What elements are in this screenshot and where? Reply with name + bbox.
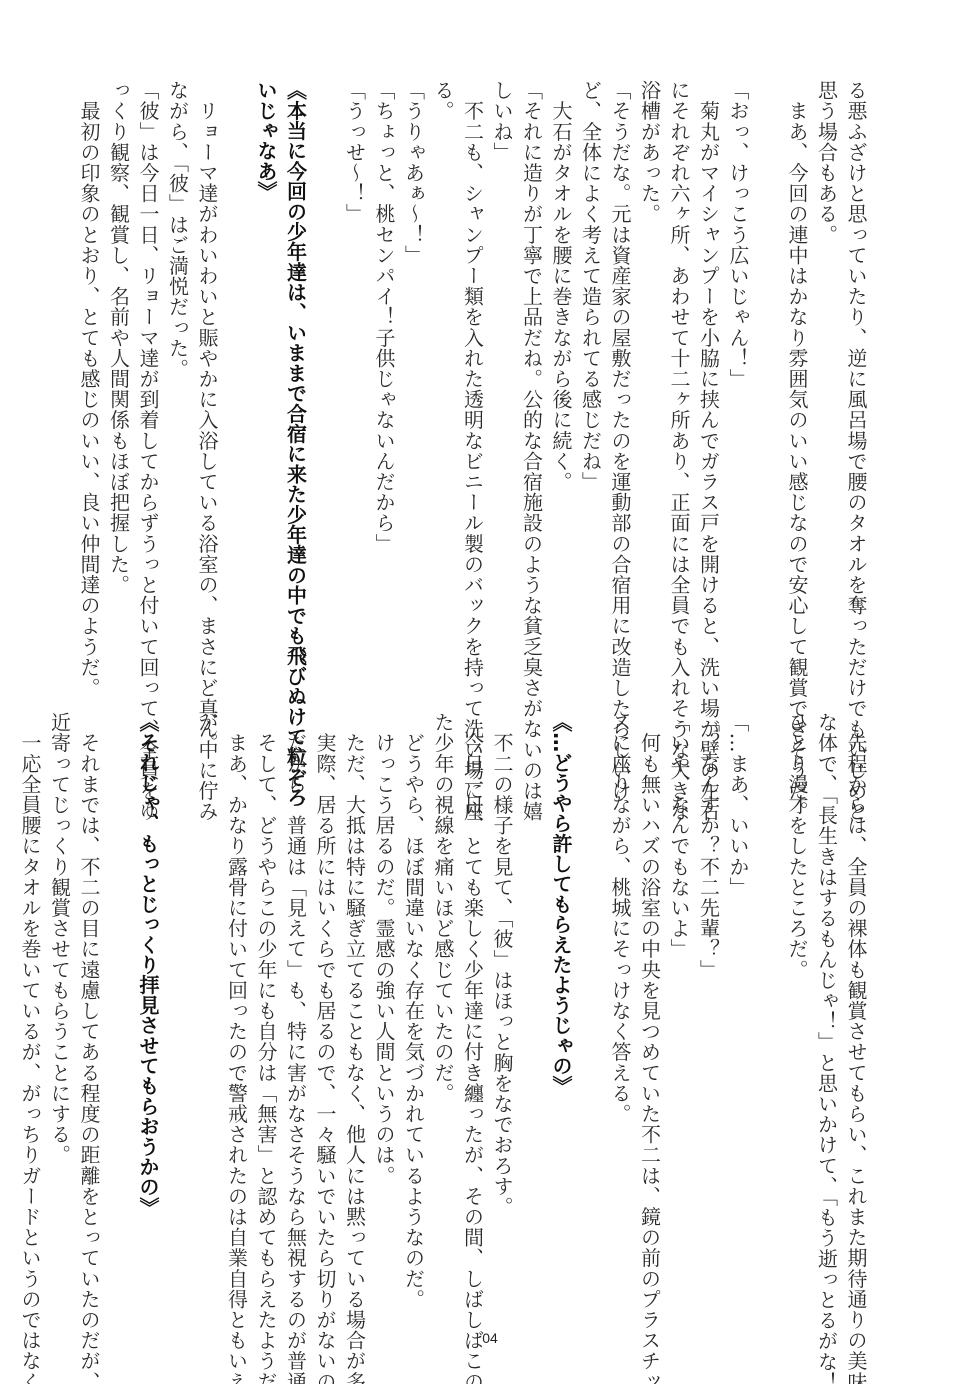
text-line: だから、普通は「見えて」も、特に害がなさそうなら無視するのが普通だ。 xyxy=(280,712,310,1272)
text-line: 大石がタオルを腰に巻きながら後に続く。 xyxy=(546,80,576,640)
text-line: ただ、大抵は特に騒ぎ立てることもなく、他人には黙っている場合が多い。 xyxy=(339,712,369,1272)
dialogue-line: しいね」 xyxy=(487,80,517,640)
text-line: 菊丸がマイシャンプーを小脇に挟んでガラス戸を開けると、洗い場が壁の左右 xyxy=(693,80,723,640)
text-line: けっこう居るのだ。霊感の強い人間というのは。 xyxy=(369,712,399,1272)
text-line: 何も無いハズの浴室の中央を見つめていた不二は、鏡の前のプラスチックのイ xyxy=(634,712,664,1272)
text-line: 近寄ってじっくり観賞させてもらうことにする。 xyxy=(44,712,74,1272)
document-page: る悪ふざけと思っていたり、逆に風呂場で腰のタオルを奪っただけでもいじめと 思う場… xyxy=(0,0,980,1384)
blank-line xyxy=(752,80,782,640)
text-line: 一応全員腰にタオルを巻いているが、がっちりガードというのではなく、とり xyxy=(15,712,45,1272)
text-line: 不二の様子を見て、「彼」はほっと胸をなでおろす。 xyxy=(487,712,517,1272)
text-line: っくり観察、観賞し、名前や人間関係もほぼ把握した。 xyxy=(103,80,133,640)
text-line: まあ、今回の連中はかなり雰囲気のいい感じなので安心して観賞できそうだ。 xyxy=(782,80,812,640)
text-line: 不二も、シャンプー類を入れた透明なビニール製のバックを持って洗い場に座 xyxy=(457,80,487,640)
text-line: そして、どうやらこの少年にも自分は「無害」と認めてもらえたようだ。 xyxy=(251,712,281,1272)
text-line: ひとり漫才をしたところだ。 xyxy=(782,712,812,1272)
dialogue-line: 「うっせ～！」 xyxy=(339,80,369,640)
text-line: 実際、居る所にはいくらでも居るので、一々騒いでいたら切りがないのだ。 xyxy=(310,712,340,1272)
text-line: それまでは、不二の目に遠慮してある程度の距離をとっていたのだが、一気に xyxy=(74,712,104,1272)
text-line: 思う場合もある。 xyxy=(811,80,841,640)
dialogue-line: 「それに造りが丁寧で上品だね。公的な合宿施設のような貧乏臭さがないのは嬉 xyxy=(516,80,546,640)
text-line: 最初の印象のとおり、とても感じのいい、良い仲間達のようだ。 xyxy=(74,80,104,640)
blank-line xyxy=(310,80,340,640)
ghost-thought-line: 《本当に今回の少年達は、いままで合宿に来た少年達の中でも飛びぬけて粒ぞろ xyxy=(280,80,310,640)
text-line: ながら、「彼」はご満悦だった。 xyxy=(162,80,192,640)
text-line: どうやら、ほぼ間違いなく存在を気づかれているようなのだ。 xyxy=(398,712,428,1272)
blank-line xyxy=(752,712,782,1272)
text-line: 今日一日、とても楽しく少年達に付き纏ったが、その間、しばしばこの大人び xyxy=(457,712,487,1272)
dialogue-line: 「ちょっと、桃センパイ！子供じゃないんだから」 xyxy=(369,80,399,640)
blank-line xyxy=(103,712,133,1272)
page-number: 04 xyxy=(0,1330,980,1346)
dialogue-line: 「うりゃあぁ～！」 xyxy=(398,80,428,640)
text-line: まあ、かなり露骨に付いて回ったので警戒されたのは自業自得ともいえるのだ xyxy=(221,712,251,1272)
ghost-thought-line: 《それじゃ、もっとじっくり拝見させてもらおうかの》 xyxy=(133,712,163,1272)
text-block-top: る悪ふざけと思っていたり、逆に風呂場で腰のタオルを奪っただけでもいじめと 思う場… xyxy=(74,80,871,640)
text-line: 「彼」は今日一日、リョーマ達が到着してからずうっと付いて回って、全員をゆ xyxy=(133,80,163,640)
ghost-thought-line: いじゃなあ》 xyxy=(251,80,281,640)
dialogue-line: 「そうだな。元は資産家の屋敷だったのを運動部の合宿用に改造したらしいけ xyxy=(605,80,635,640)
text-line: 浴槽があった。 xyxy=(634,80,664,640)
blank-line xyxy=(162,712,192,1272)
text-line: る悪ふざけと思っていたり、逆に風呂場で腰のタオルを奪っただけでもいじめと xyxy=(841,80,871,640)
dialogue-line: 「？なんすか？不二先輩？」 xyxy=(693,712,723,1272)
dialogue-line: 「いや、なんでもないよ」 xyxy=(664,712,694,1272)
dialogue-line: ど、全体によく考えて造られてる感じだね」 xyxy=(575,80,605,640)
text-block-bottom: 先程からは、全員の裸体も観賞させてもらい、これまた期待通りの美味しそう な体で、… xyxy=(15,712,871,1272)
text-line: にそれぞれ六ヶ所、あわせて十二ヶ所あり、正面には全員でも入れそうな大きな xyxy=(664,80,694,640)
blank-line xyxy=(221,80,251,640)
text-line: た少年の視線を痛いほど感じていたのだ。 xyxy=(428,712,458,1272)
text-line: リョーマ達がわいわいと賑やかに入浴している浴室の、まさにど真ん中に佇み xyxy=(192,80,222,640)
text-line: な体で、「長生きはするもんじゃ！」と思いかけて、「もう逝っとるがな！」と xyxy=(811,712,841,1272)
text-line: スに座りながら、桃城にそっけなく答える。 xyxy=(605,712,635,1272)
dialogue-line: 「おっ、けっこう広いじゃん！」 xyxy=(723,80,753,640)
text-line: が。 xyxy=(192,712,222,1272)
dialogue-line: 「…まあ、いいか」 xyxy=(723,712,753,1272)
text-line: る。 xyxy=(428,80,458,640)
blank-line xyxy=(516,712,546,1272)
blank-line xyxy=(575,712,605,1272)
text-line: 先程からは、全員の裸体も観賞させてもらい、これまた期待通りの美味しそう xyxy=(841,712,871,1272)
ghost-thought-line: 《…どうやら許してもらえたようじゃの》 xyxy=(546,712,576,1272)
